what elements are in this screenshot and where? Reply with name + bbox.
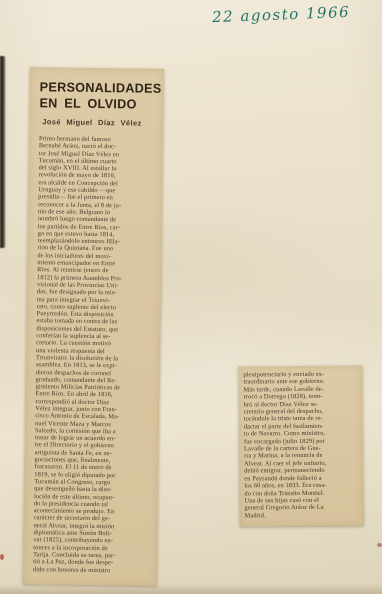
handwritten-date: 22 agosto 1966	[212, 2, 378, 26]
scrapbook-page: 22 agosto 1966 PERSONALIDADES EN EL OLVI…	[0, 0, 382, 594]
red-mark-right-edge	[377, 543, 382, 547]
article-headline-line-2: EN EL OLVIDO	[39, 95, 151, 113]
newspaper-clipping-column-1: PERSONALIDADES EN EL OLVIDO José Miguel …	[23, 67, 164, 586]
article-headline-line-1: PERSONALIDADES	[40, 79, 152, 97]
article-text-column-right: plenipotenciario y enviado ex- traordina…	[243, 371, 358, 520]
article-subtitle: José Miguel Díaz Vélez	[39, 117, 154, 128]
page-bottom-shadow	[0, 584, 382, 594]
article-text-column-left: Primo hermano del famoso Bernabé Aráoz, …	[33, 135, 154, 574]
newspaper-clipping-column-2: plenipotenciario y enviado ex- traordina…	[238, 365, 363, 526]
page-edge-shadow	[0, 56, 6, 248]
red-mark-left-edge	[0, 554, 4, 560]
